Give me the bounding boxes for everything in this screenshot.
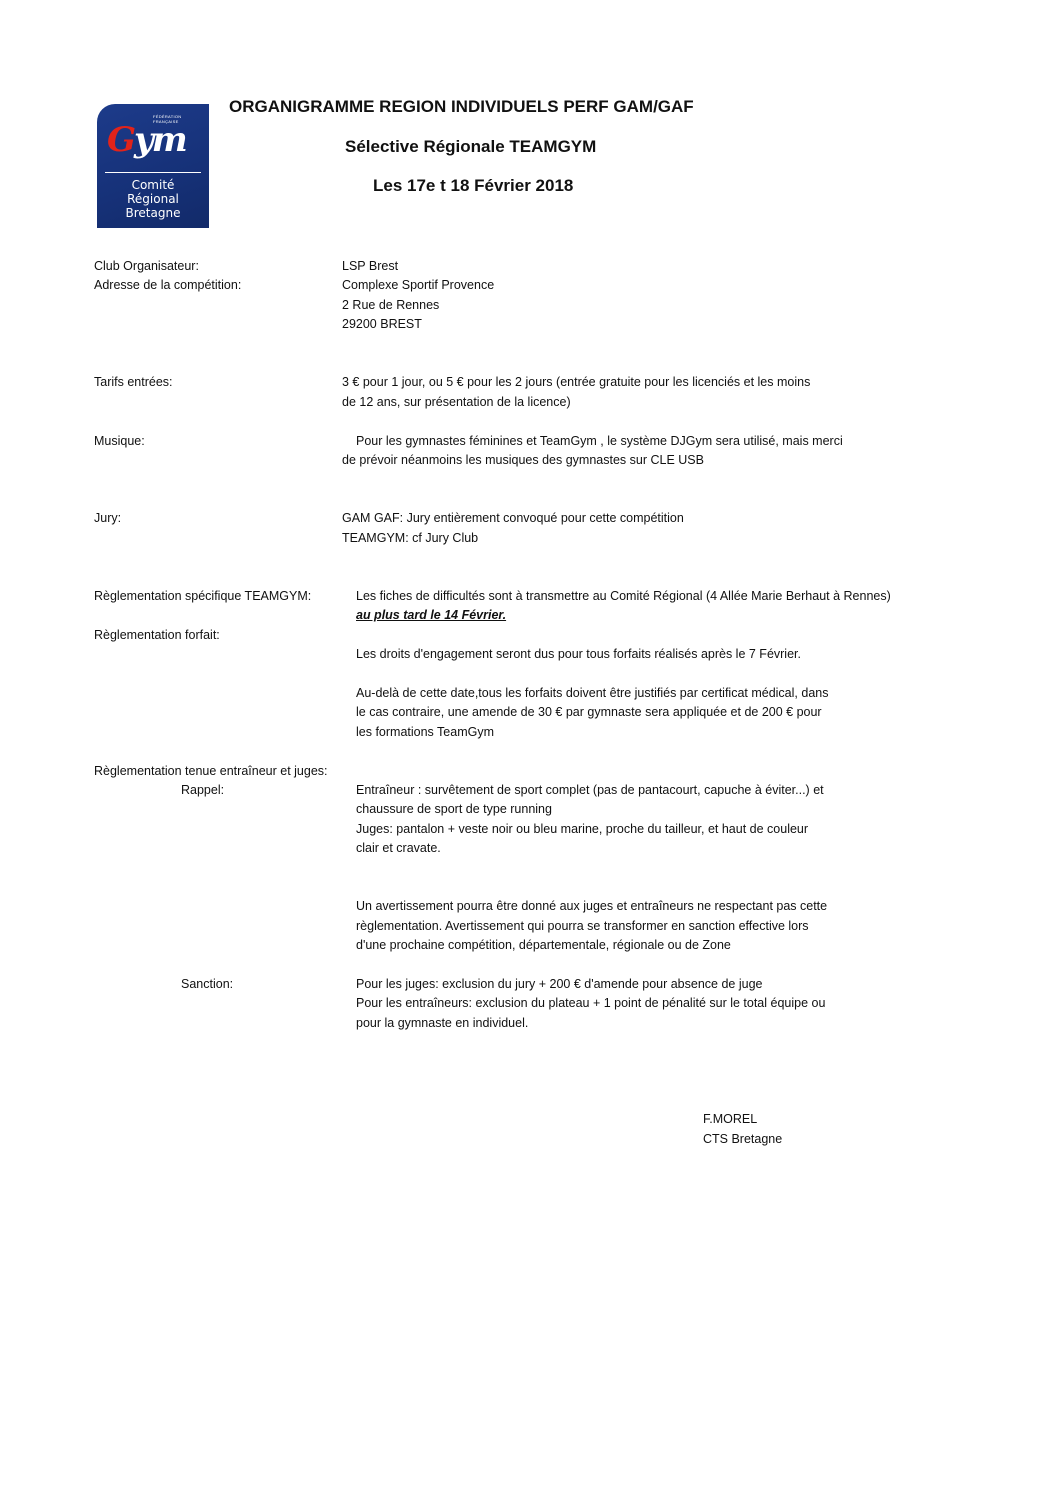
document-title: ORGANIGRAMME REGION INDIVIDUELS PERF GAM… [229,97,694,117]
avertissement-line: règlementation. Avertissement qui pourra… [356,917,809,937]
address-line: 2 Rue de Rennes [342,296,439,316]
sanction-label: Sanction: [181,975,233,995]
tenue-label: Règlementation tenue entraîneur et juges… [94,762,328,782]
logo-name-line: Régional [97,192,209,206]
forfait-line: le cas contraire, une amende de 30 € par… [356,703,822,723]
musique-label: Musique: [94,432,145,452]
jury-label: Jury: [94,509,121,529]
jury-line: GAM GAF: Jury entièrement convoqué pour … [342,509,684,529]
sanction-line: pour la gymnaste en individuel. [356,1014,528,1034]
logo-name-line: Comité [97,178,209,192]
comite-regional-bretagne-logo: FÉDÉRATION FRANÇAISE Gym Comité Régional… [97,104,209,228]
forfait-line: Les droits d'engagement seront dus pour … [356,645,801,665]
forfait-line: les formations TeamGym [356,723,494,743]
rappel-line: Juges: pantalon + veste noir ou bleu mar… [356,820,808,840]
address-label: Adresse de la compétition: [94,276,241,296]
sanction-line: Pour les juges: exclusion du jury + 200 … [356,975,762,995]
rappel-line: clair et cravate. [356,839,441,859]
musique-line: Pour les gymnastes féminines et TeamGym … [356,432,843,452]
avertissement-line: Un avertissement pourra être donné aux j… [356,897,827,917]
rappel-line: Entraîneur : survêtement de sport comple… [356,781,824,801]
sanction-line: Pour les entraîneurs: exclusion du plate… [356,994,825,1014]
tarifs-label: Tarifs entrées: [94,373,173,393]
tarifs-line: de 12 ans, sur présentation de la licenc… [342,393,571,413]
forfait-line: Au-delà de cette date,tous les forfaits … [356,684,828,704]
club-label: Club Organisateur: [94,257,199,277]
jury-line: TEAMGYM: cf Jury Club [342,529,478,549]
rappel-label: Rappel: [181,781,224,801]
forfait-label: Règlementation forfait: [94,626,220,646]
document-subtitle: Sélective Régionale TEAMGYM [345,137,596,157]
logo-gym-wordmark: Gym [107,120,186,160]
teamgym-label: Règlementation spécifique TEAMGYM: [94,587,311,607]
teamgym-deadline: au plus tard le 14 Février. [356,606,506,626]
logo-name: Comité Régional Bretagne [97,178,209,220]
club-value: LSP Brest [342,257,398,277]
signature-role: CTS Bretagne [703,1130,782,1150]
logo-ym: ym [134,120,186,160]
teamgym-line: Les fiches de difficultés sont à transme… [356,587,891,607]
event-dates: Les 17e t 18 Février 2018 [373,176,573,196]
musique-line: de prévoir néanmoins les musiques des gy… [342,451,704,471]
tarifs-line: 3 € pour 1 jour, ou 5 € pour les 2 jours… [342,373,810,393]
rappel-line: chaussure de sport de type running [356,800,552,820]
logo-g: G [107,120,134,160]
logo-name-line: Bretagne [97,206,209,220]
address-line: Complexe Sportif Provence [342,276,494,296]
logo-divider [105,172,201,173]
address-line: 29200 BREST [342,315,422,335]
signature-name: F.MOREL [703,1110,757,1130]
avertissement-line: d'une prochaine compétition, département… [356,936,731,956]
